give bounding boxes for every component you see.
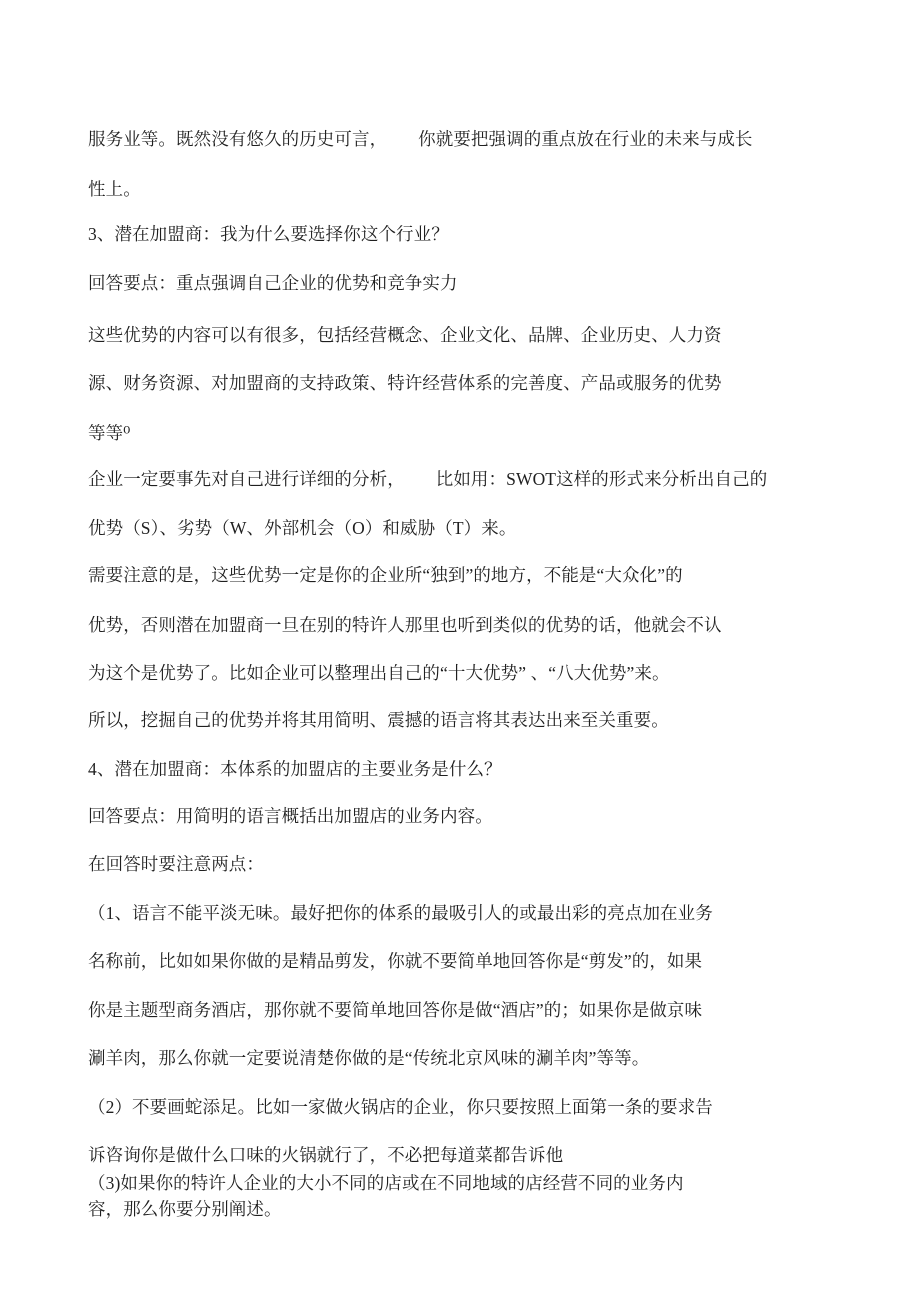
- question-line: 4、潜在加盟商：本体系的加盟店的主要业务是什么？: [88, 756, 502, 782]
- text-line: 需要注意的是，这些优势一定是你的企业所“独到”的地方，不能是“大众化”的: [88, 562, 683, 588]
- text-line: 在回答时要注意两点：: [88, 851, 264, 877]
- text-line: 名称前，比如如果你做的是精品剪发，你就不要简单地回答你是“剪发”的，如果: [88, 948, 702, 974]
- text-line: 源、财务资源、对加盟商的支持政策、特许经营体系的完善度、产品或服务的优势: [88, 370, 722, 396]
- list-item-line: （2）不要画蛇添足。比如一家做火锅店的企业，你只要按照上面第一条的要求告: [88, 1094, 713, 1120]
- text-line: 诉咨询你是做什么口味的火锅就行了，不必把每道菜都告诉他: [88, 1142, 563, 1168]
- text-line: 这些优势的内容可以有很多，包括经营概念、企业文化、品牌、企业历史、人力资: [88, 322, 722, 348]
- text-line: 涮羊肉，那么你就一定要说清楚你做的是“传统北京风味的涮羊肉”等等。: [88, 1045, 649, 1071]
- list-item-line: （3)如果你的特许人企业的大小不同的店或在不同地域的店经营不同的业务内: [88, 1170, 684, 1196]
- answer-key-line: 回答要点：重点强调自己企业的优势和竞争实力: [88, 270, 458, 296]
- list-item-line: （1、语言不能平淡无味。最好把你的体系的最吸引人的或最出彩的亮点加在业务: [88, 900, 713, 926]
- text-line: 等等⁰: [88, 420, 130, 446]
- text-line: 所以，挖掘自己的优势并将其用简明、震撼的语言将其表达出来至关重要。: [88, 707, 669, 733]
- text-line: 服务业等。既然没有悠久的历史可言， 你就要把强调的重点放在行业的未来与成长: [88, 126, 753, 152]
- document-page: 服务业等。既然没有悠久的历史可言， 你就要把强调的重点放在行业的未来与成长 性上…: [0, 0, 920, 1303]
- text-line: 企业一定要事先对自己进行详细的分析， 比如用：SWOT这样的形式来分析出自己的: [88, 466, 767, 492]
- text-line: 你是主题型商务酒店，那你就不要简单地回答你是做“酒店”的；如果你是做京味: [88, 997, 702, 1023]
- text-line: 优势，否则潜在加盟商一旦在别的特许人那里也听到类似的优势的话，他就会不认: [88, 612, 722, 638]
- text-line: 优势（S）、劣势（W、外部机会（O）和威胁（T）来。: [88, 515, 516, 541]
- text-line: 性上。: [88, 176, 141, 202]
- text-line: 容，那么你要分别阐述。: [88, 1196, 282, 1222]
- text-line: 为这个是优势了。比如企业可以整理出自己的“十大优势” 、“八大优势”来。: [88, 660, 670, 686]
- answer-key-line: 回答要点：用简明的语言概括出加盟店的业务内容。: [88, 803, 493, 829]
- question-line: 3、潜在加盟商：我为什么要选择你这个行业？: [88, 221, 449, 247]
